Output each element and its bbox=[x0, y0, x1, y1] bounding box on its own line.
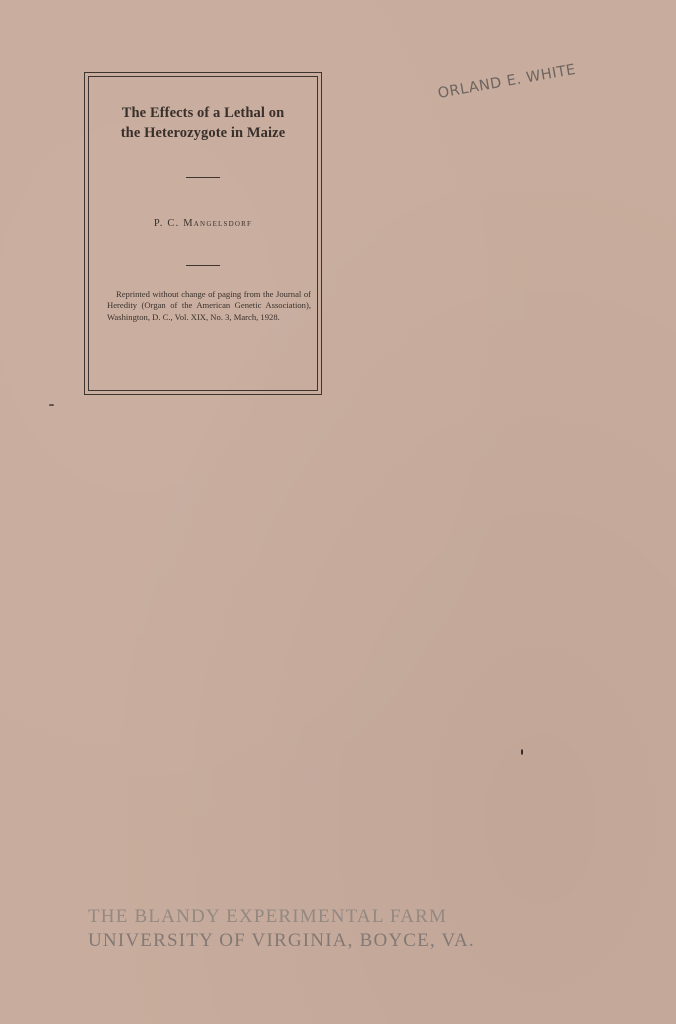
institution-stamp: THE BLANDY EXPERIMENTAL FARM UNIVERSITY … bbox=[88, 905, 475, 953]
institution-stamp-line-1: THE BLANDY EXPERIMENTAL FARM bbox=[88, 905, 475, 929]
title-line-1: The Effects of a Lethal on bbox=[85, 103, 321, 123]
document-title: The Effects of a Lethal on the Heterozyg… bbox=[85, 103, 321, 143]
owner-stamp: ORLAND E. WHITE bbox=[437, 62, 578, 102]
divider-rule-top bbox=[186, 177, 220, 178]
author-name: P. C. Mangelsdorf bbox=[85, 218, 321, 229]
pamphlet-cover: The Effects of a Lethal on the Heterozyg… bbox=[0, 0, 676, 1024]
paper-blemish bbox=[521, 749, 523, 755]
title-line-2: the Heterozygote in Maize bbox=[85, 123, 321, 143]
title-frame: The Effects of a Lethal on the Heterozyg… bbox=[84, 72, 322, 395]
institution-stamp-line-2: UNIVERSITY OF VIRGINIA, BOYCE, VA. bbox=[88, 929, 475, 953]
divider-rule-bottom bbox=[186, 265, 220, 266]
reprint-note: Reprinted without change of paging from … bbox=[107, 289, 311, 323]
paper-blemish bbox=[49, 404, 54, 406]
